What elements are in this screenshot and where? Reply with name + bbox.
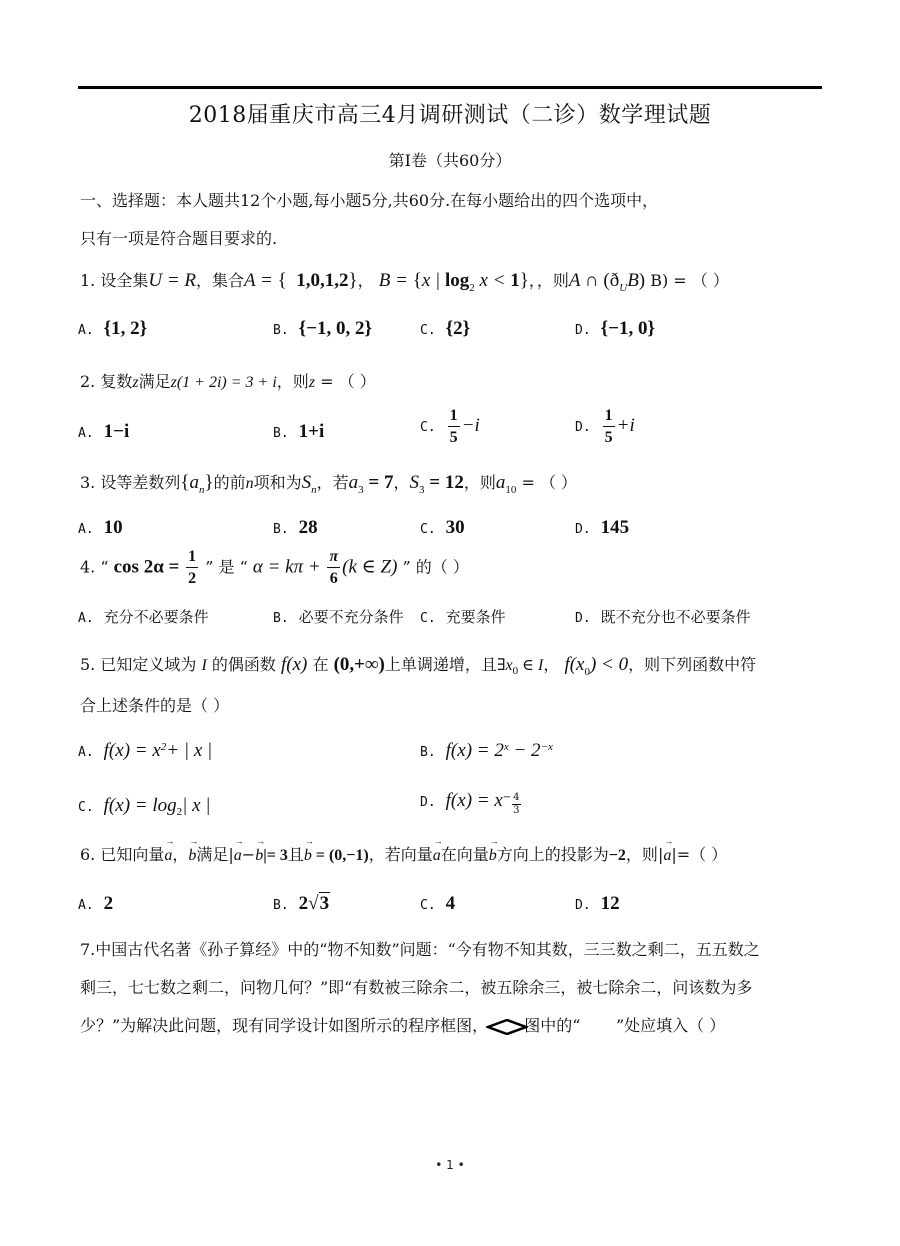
question-5-option-a[interactable]: A.f(x) = x2+ | x | xyxy=(78,740,212,762)
question-2-option-b[interactable]: B.1+i xyxy=(273,421,324,443)
stem-text: ，则 xyxy=(537,271,569,290)
question-3-option-d[interactable]: D.145 xyxy=(575,517,629,539)
stem-text: 设等差数列 xyxy=(100,473,180,492)
stem-text: ， xyxy=(529,271,537,290)
math: (k ∈ Z) xyxy=(342,557,397,578)
question-4-option-d[interactable]: D.既不充分也不必要条件 xyxy=(575,606,751,627)
question-1-option-d[interactable]: D.{−1, 0} xyxy=(575,318,655,340)
question-4-option-c[interactable]: C.充要条件 xyxy=(420,606,506,627)
question-5-option-b[interactable]: B.f(x) = 2x − 2−x xyxy=(420,740,553,762)
stem-text: ， xyxy=(394,473,410,492)
question-5-option-d[interactable]: D.f(x) = x−43 xyxy=(420,790,521,816)
math: U = R xyxy=(148,270,196,291)
question-3-stem: 3. 设等差数列{an}的前n项和为Sn，若a3 = 7，S3 = 12，则a1… xyxy=(80,470,577,496)
question-4-option-a[interactable]: A.充分不必要条件 xyxy=(78,606,209,627)
page-number: • 1 • xyxy=(0,1158,900,1172)
question-5-stem-line1: 5. 已知定义域为 I 的偶函数 f(x) 在 (0,+∞)上单调递增，且∃x0… xyxy=(80,652,756,678)
math: Sn xyxy=(302,472,317,493)
stem-text: ，则 xyxy=(277,372,309,391)
math: α = kπ + xyxy=(253,557,326,578)
diamond-decision-icon xyxy=(486,1019,528,1035)
question-4-stem: 4. “ cos 2α = 12 ” 是 “ α = kπ + π6(k ∈ Z… xyxy=(80,549,469,587)
question-2-stem: 2. 复数z满足z(1 + 2i) = 3 + i，则z = （ ） xyxy=(80,369,376,392)
question-1-stem: 1. 设全集U = R，集合A = { 1,0,1,2}， B = {x | l… xyxy=(80,268,729,294)
question-number: 2. xyxy=(80,372,95,391)
math: n xyxy=(246,475,254,492)
question-number: 4. xyxy=(80,558,95,577)
question-3-option-c[interactable]: C.30 xyxy=(420,517,465,539)
question-6-option-d[interactable]: D.12 xyxy=(575,893,620,915)
stem-text: 满足 xyxy=(139,372,171,391)
stem-text: ，则 xyxy=(464,473,496,492)
math: S3 = 12 xyxy=(410,472,464,493)
math: A = { 1,0,1,2} xyxy=(244,270,358,291)
question-5-stem-line2: 合上述条件的是（ ） xyxy=(80,693,229,716)
question-1-option-b[interactable]: B.{−1, 0, 2} xyxy=(273,318,372,340)
question-1-option-a[interactable]: A.{1, 2} xyxy=(78,318,147,340)
stem-text: 的前 xyxy=(214,473,246,492)
stem-text: B) = （ ） xyxy=(645,271,729,290)
page-title: 2018届重庆市高三4月调研测试（二诊）数学理试题 xyxy=(0,98,900,129)
question-6-option-a[interactable]: A.2 xyxy=(78,893,113,915)
question-1-option-c[interactable]: C.{2} xyxy=(420,318,470,340)
question-7-stem-line3: 少？”为解决此问题，现有同学设计如图所示的程序框图，图中的“ ”处应填入（ ） xyxy=(80,1013,725,1036)
math: a3 = 7 xyxy=(349,472,394,493)
question-number: 1. xyxy=(80,271,95,290)
section-instructions-line2: 只有一项是符合题目要求的. xyxy=(80,226,277,249)
math: z(1 + 2i) = 3 + i xyxy=(171,374,277,391)
question-5-option-c[interactable]: C.f(x) = log2| x | xyxy=(78,795,211,818)
question-6-stem: 6. 已知向量a，b满足|a−b|= 3且b = (0,−1)，若向量a在向量b… xyxy=(80,842,727,865)
question-number: 7. xyxy=(80,940,95,959)
question-4-option-b[interactable]: B.必要不充分条件 xyxy=(273,606,404,627)
math: a10 xyxy=(496,472,517,493)
stem-text: ” 是 “ xyxy=(200,558,253,577)
question-2-option-a[interactable]: A.1−i xyxy=(78,421,129,443)
stem-text: ，集合 xyxy=(196,271,244,290)
stem-text: = （ ） xyxy=(315,372,376,391)
question-number: 3. xyxy=(80,473,95,492)
question-2-option-c[interactable]: C.15−i xyxy=(420,408,480,446)
question-3-option-a[interactable]: A.10 xyxy=(78,517,123,539)
math: B = {x | log2 x < 1} xyxy=(379,270,529,291)
header-rule xyxy=(78,86,822,89)
question-6-option-b[interactable]: B.2√3 xyxy=(273,893,330,915)
stem-text: = （ ） xyxy=(516,473,577,492)
question-3-option-b[interactable]: B.28 xyxy=(273,517,318,539)
stem-text: 项和为 xyxy=(254,473,302,492)
question-2-option-d[interactable]: D.15+i xyxy=(575,408,635,446)
question-7-stem-line2: 剩三，七七数之剩二，问物几何？”即“有数被三除余二，被五除余三，被七除余二，问该… xyxy=(80,975,752,998)
stem-text: 设全集 xyxy=(100,271,148,290)
stem-text: ” 的（ ） xyxy=(397,558,468,577)
stem-text: 复数 xyxy=(100,372,132,391)
question-number: 5. xyxy=(80,655,95,674)
stem-text: ，若 xyxy=(317,473,349,492)
math: cos 2α = xyxy=(114,557,185,578)
math: A ∩ (ðUB) xyxy=(569,270,645,291)
question-number: 6. xyxy=(80,845,95,864)
math: {an} xyxy=(180,472,213,493)
question-6-option-c[interactable]: C.4 xyxy=(420,893,455,915)
page-subtitle: 第Ⅰ卷（共60分） xyxy=(0,148,900,171)
stem-text: “ xyxy=(100,558,113,577)
section-instructions-line1: 一、选择题：本人题共12个小题,每小题5分,共60分.在每小题给出的四个选项中， xyxy=(80,188,658,211)
stem-text: ， xyxy=(358,271,374,290)
question-7-stem-line1: 7.中国古代名著《孙子算经》中的“物不知数”问题：“今有物不知其数，三三数之剩二… xyxy=(80,937,760,960)
